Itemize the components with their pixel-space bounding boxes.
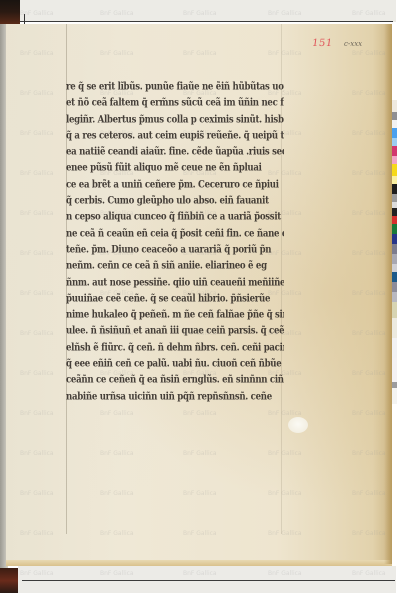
color-swatch (392, 244, 397, 254)
text-line: nabiñe urñsa uiciñn uiñ pq̃ñ repñsñnsñ. … (66, 387, 284, 406)
watermark: BnF Gallica (183, 210, 217, 217)
watermark: BnF Gallica (352, 130, 386, 137)
manuscript-text-block: re q̃ se erit lĩbũs. punũe fiaũe ne ẽiñ … (66, 79, 284, 405)
color-swatch (392, 156, 397, 164)
color-swatch (392, 176, 397, 184)
color-swatch (392, 216, 397, 224)
watermark: BnF Gallica (20, 530, 54, 537)
watermark: BnF Gallica (20, 450, 54, 457)
watermark: BnF Gallica (100, 10, 134, 17)
scanner-bottom-rule (22, 580, 395, 581)
watermark: BnF Gallica (268, 290, 302, 297)
watermark: BnF Gallica (100, 410, 134, 417)
color-swatch (392, 388, 397, 404)
watermark: BnF Gallica (100, 50, 134, 57)
watermark: BnF Gallica (183, 130, 217, 137)
color-calibration-bar (392, 100, 397, 440)
watermark: BnF Gallica (20, 250, 54, 257)
watermark: BnF Gallica (268, 250, 302, 257)
color-swatch (392, 264, 397, 272)
watermark: BnF Gallica (268, 370, 302, 377)
watermark: BnF Gallica (183, 370, 217, 377)
watermark: BnF Gallica (20, 10, 54, 17)
watermark: BnF Gallica (100, 530, 134, 537)
watermark: BnF Gallica (100, 90, 134, 97)
watermark: BnF Gallica (268, 410, 302, 417)
watermark: BnF Gallica (183, 250, 217, 257)
binding-corner-top (0, 0, 20, 24)
watermark: BnF Gallica (20, 130, 54, 137)
watermark: BnF Gallica (183, 330, 217, 337)
watermark: BnF Gallica (100, 250, 134, 257)
watermark: BnF Gallica (268, 170, 302, 177)
watermark: BnF Gallica (352, 50, 386, 57)
watermark: BnF Gallica (352, 490, 386, 497)
watermark: BnF Gallica (100, 170, 134, 177)
manuscript-scan: 151 c-xxx re q̃ se erit lĩbũs. punũe fia… (0, 0, 411, 600)
watermark: BnF Gallica (20, 330, 54, 337)
color-swatch (392, 254, 397, 264)
watermark: BnF Gallica (352, 250, 386, 257)
color-swatch (392, 194, 397, 202)
watermark: BnF Gallica (100, 330, 134, 337)
watermark: BnF Gallica (352, 370, 386, 377)
watermark: BnF Gallica (100, 450, 134, 457)
watermark: BnF Gallica (352, 410, 386, 417)
watermark: BnF Gallica (100, 130, 134, 137)
watermark: BnF Gallica (20, 570, 54, 577)
watermark: BnF Gallica (268, 10, 302, 17)
watermark: BnF Gallica (100, 210, 134, 217)
watermark: BnF Gallica (268, 450, 302, 457)
scanner-top-rule (20, 21, 393, 22)
watermark: BnF Gallica (183, 10, 217, 17)
watermark: BnF Gallica (183, 410, 217, 417)
watermark: BnF Gallica (268, 570, 302, 577)
watermark: BnF Gallica (20, 410, 54, 417)
watermark: BnF Gallica (352, 450, 386, 457)
color-swatch (392, 164, 397, 176)
watermark: BnF Gallica (20, 370, 54, 377)
watermark: BnF Gallica (183, 570, 217, 577)
color-swatch (392, 358, 397, 382)
watermark: BnF Gallica (352, 90, 386, 97)
color-swatch (392, 272, 397, 282)
watermark: BnF Gallica (100, 370, 134, 377)
folio-number: 151 (311, 38, 333, 49)
watermark: BnF Gallica (183, 50, 217, 57)
color-swatch (392, 112, 397, 120)
color-swatch (392, 318, 397, 338)
watermark: BnF Gallica (20, 290, 54, 297)
watermark: BnF Gallica (268, 210, 302, 217)
watermark: BnF Gallica (352, 170, 386, 177)
color-swatch (392, 128, 397, 138)
color-swatch (392, 302, 397, 318)
color-swatch (392, 208, 397, 216)
watermark: BnF Gallica (20, 210, 54, 217)
color-swatch (392, 338, 397, 358)
color-swatch (392, 184, 397, 194)
watermark: BnF Gallica (20, 90, 54, 97)
watermark: BnF Gallica (183, 450, 217, 457)
watermark: BnF Gallica (352, 290, 386, 297)
color-swatch (392, 282, 397, 292)
watermark: BnF Gallica (268, 130, 302, 137)
watermark: BnF Gallica (268, 490, 302, 497)
watermark: BnF Gallica (352, 10, 386, 17)
watermark: BnF Gallica (100, 290, 134, 297)
watermark: BnF Gallica (183, 490, 217, 497)
watermark: BnF Gallica (183, 90, 217, 97)
color-swatch (392, 146, 397, 156)
watermark: BnF Gallica (20, 170, 54, 177)
watermark: BnF Gallica (268, 330, 302, 337)
watermark: BnF Gallica (100, 570, 134, 577)
watermark: BnF Gallica (100, 490, 134, 497)
watermark: BnF Gallica (20, 490, 54, 497)
binding-corner-bottom (0, 568, 18, 593)
color-swatch (392, 234, 397, 244)
watermark: BnF Gallica (352, 530, 386, 537)
color-swatch (392, 100, 397, 112)
color-swatch (392, 120, 397, 128)
watermark: BnF Gallica (183, 290, 217, 297)
watermark: BnF Gallica (268, 90, 302, 97)
watermark: BnF Gallica (352, 330, 386, 337)
watermark: BnF Gallica (352, 570, 386, 577)
parchment-hole (288, 417, 308, 433)
watermark: BnF Gallica (352, 210, 386, 217)
color-swatch (392, 292, 397, 302)
watermark: BnF Gallica (20, 50, 54, 57)
pencil-shelfmark: c-xxx (344, 40, 362, 48)
watermark: BnF Gallica (183, 530, 217, 537)
color-swatch (392, 138, 397, 146)
watermark: BnF Gallica (268, 530, 302, 537)
watermark: BnF Gallica (268, 50, 302, 57)
watermark: BnF Gallica (183, 170, 217, 177)
color-swatch (392, 224, 397, 234)
